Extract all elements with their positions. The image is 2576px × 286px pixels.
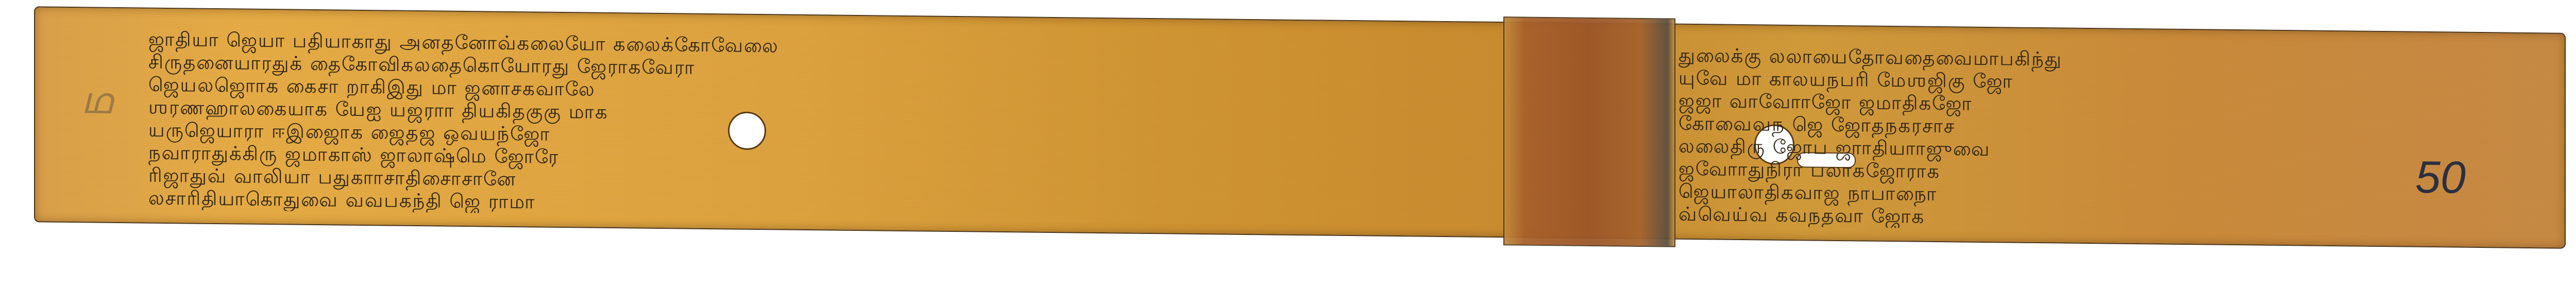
left-text-block: ஜாதியா ஜெயா பதியாகாது அனதனோவ்கலையோ கலைக்… [148,28,1498,224]
repair-patch [1503,16,1675,247]
right-text-block: துலைக்கு லலாயைதோவதைவைமாபகிந்து யுவே மா க… [1679,44,2384,233]
palm-leaf-folio: ഥ ஜாதியா ஜெயா பதியாகாது அனதனோவ்கலையோ கலை… [34,6,2566,248]
right-margin-folio-number: 50 [2415,151,2466,204]
left-margin-folio-mark: ഥ [81,80,111,123]
